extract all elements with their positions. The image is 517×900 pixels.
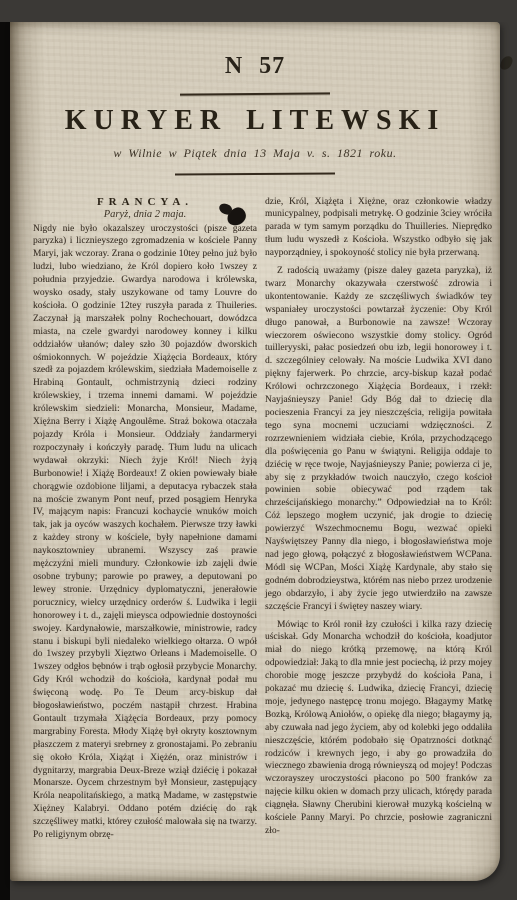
- article-paragraph: Z radością uważamy (pisze daley gazeta p…: [265, 265, 492, 613]
- newspaper-header: N57 KURYER LITEWSKI w Wilnie w Piątek dn…: [10, 22, 500, 175]
- article-paragraph: Mówiąc to Król ronił łzy czułości i kilk…: [265, 619, 492, 838]
- issue-number: N57: [10, 53, 500, 80]
- issue-label: N: [225, 53, 243, 79]
- left-column: FRANCYA. Paryż, dnia 2 maja. Nigdy nie b…: [33, 196, 257, 843]
- masthead-title: KURYER LITEWSKI: [10, 105, 500, 137]
- ink-stain: [218, 204, 250, 228]
- newspaper-page: N57 KURYER LITEWSKI w Wilnie w Piątek dn…: [10, 22, 500, 881]
- article-body: FRANCYA. Paryż, dnia 2 maja. Nigdy nie b…: [10, 175, 500, 843]
- article-paragraph: Nigdy nie było okazalszey uroczystości (…: [33, 223, 257, 843]
- header-divider-top: [180, 92, 330, 95]
- article-paragraph: dzie, Król, Xiążęta i Xiężne, oraz człon…: [265, 196, 492, 261]
- publication-dateline: w Wilnie w Piątek dnia 13 Maja v. s. 182…: [10, 146, 500, 161]
- scanner-background: N57 KURYER LITEWSKI w Wilnie w Piątek dn…: [0, 0, 517, 900]
- issue-value: 57: [259, 53, 285, 79]
- page-corner-curl: [500, 55, 514, 71]
- book-spine-shadow: [0, 0, 10, 900]
- scanner-top-band: [0, 0, 517, 22]
- right-column: dzie, Król, Xiążęta i Xiężne, oraz człon…: [265, 196, 492, 838]
